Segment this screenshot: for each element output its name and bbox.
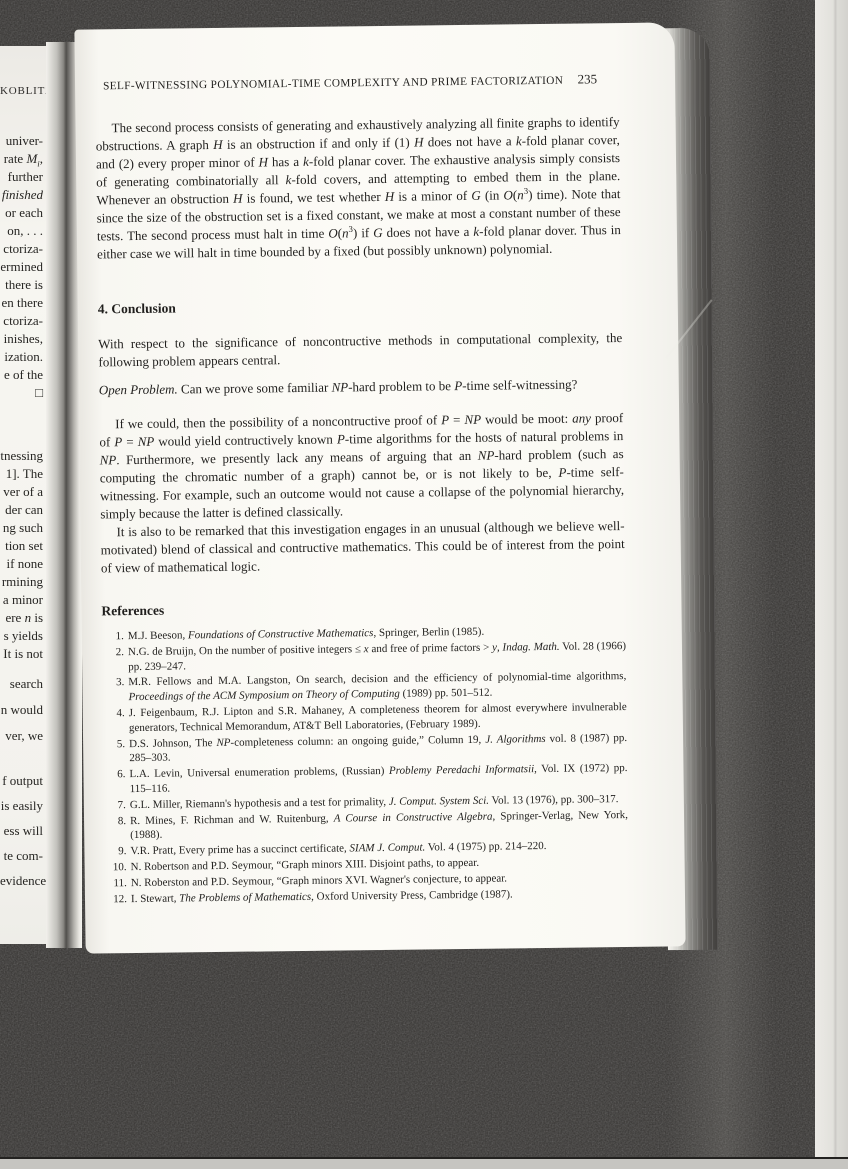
fragment-line: on, . . . [0,222,46,240]
facing-page-running-head: KOBLITZ [0,85,46,97]
book-page: SELF-WITNESSING POLYNOMIAL-TIME COMPLEXI… [74,22,685,953]
fragment-line: n would [0,697,46,723]
fragment-line: evidence [0,868,46,893]
fragment-line: ess will [0,818,46,843]
fragment-line: en there [0,294,46,312]
fragment-line: tion set [0,537,46,555]
scanner-edge-bottom [0,1157,848,1169]
section-heading-conclusion: 4. Conclusion [98,295,622,317]
fragment-line: ver, we [0,723,46,749]
running-title: SELF-WITNESSING POLYNOMIAL-TIME COMPLEXI… [103,75,563,93]
reference-text: M.J. Beeson, Foundations of Constructive… [128,626,485,642]
facing-page-fragments-top: univer-rate Mi,furtherfinishedor eachon,… [0,132,46,402]
fragment-line: rate Mi, [0,150,46,168]
references-list: 1. M.J. Beeson, Foundations of Construct… [102,623,629,907]
reference-number: 8. [106,814,126,829]
reference-number: 1. [104,629,124,644]
reference-number: 2. [104,645,124,660]
paragraph-second-process: The second process consists of generatin… [95,113,621,263]
fragment-line: e of the [0,366,46,384]
reference-text: N. Roberston and P.D. Seymour, “Graph mi… [131,872,507,889]
fragment-line: further [0,168,46,186]
fragment-line: ization. [0,348,46,366]
references-heading: References [101,597,625,619]
fragment-line: der can [0,501,46,519]
fragment-line: rmining [0,573,46,591]
reference-number: 12. [107,892,127,907]
reference-text: V.R. Pratt, Every prime has a succinct c… [130,840,546,857]
fragment-line: ctoriza- [0,240,46,258]
page-header: SELF-WITNESSING POLYNOMIAL-TIME COMPLEXI… [95,71,619,93]
fragment-line: finished [0,186,46,204]
reference-text: J. Feigenbaum, R.J. Lipton and S.R. Maha… [129,701,627,734]
paragraph-it-is-also: It is also to be remarked that this inve… [100,517,625,577]
fragment-line: ctoriza- [0,312,46,330]
reference-number: 6. [105,767,125,782]
fragment-line: te com- [0,843,46,868]
reference-text: I. Stewart, The Problems of Mathematics,… [131,888,513,905]
facing-page-fragments-middle: tnessing1]. Thever of ader canng suchtio… [0,447,46,663]
paragraph-with-respect: With respect to the significance of nonc… [98,329,622,371]
facing-page-fragments-lower: searchn wouldver, we [0,671,46,749]
reference-number: 4. [105,706,125,721]
fragment-line: tnessing [0,447,46,465]
reference-text: N.G. de Bruijn, On the number of positiv… [128,640,626,673]
reference-number: 11. [107,876,127,891]
fragment-line: inishes, [0,330,46,348]
fragment-line: ver of a [0,483,46,501]
fragment-line: It is not [0,645,46,663]
paragraph-if-we-could: If we could, then the possibility of a n… [99,409,624,523]
facing-page-fragments-bottom: f outputis easilyess willte com-evidence [0,768,46,893]
reference-number: 9. [106,844,126,859]
reference-text: M.R. Fellows and M.A. Langston, On searc… [128,670,626,703]
fragment-line: □ [0,384,46,402]
fragment-line: f output [0,768,46,793]
open-problem-statement: Open Problem. Can we prove some familiar… [99,375,623,399]
fragment-line: there is [0,276,46,294]
fragment-line: or each [0,204,46,222]
page-number: 235 [577,71,597,87]
reference-text: R. Mines, F. Richman and W. Ruitenburg, … [130,809,628,842]
reference-text: D.S. Johnson, The NP-completeness column… [129,732,627,765]
fragment-line: a minor [0,591,46,609]
scanner-edge-right [815,0,848,1169]
fragment-line: ere n is [0,609,46,627]
fragment-line: ermined [0,258,46,276]
reference-text: N. Robertson and P.D. Seymour, “Graph mi… [131,857,480,873]
fragment-line: is easily [0,793,46,818]
fragment-line: ng such [0,519,46,537]
fragment-line: if none [0,555,46,573]
scanned-book-photo: { "colors":{ "scan_dark":"#353230", "pag… [0,0,848,1169]
fragment-line: s yields [0,627,46,645]
reference-number: 3. [104,676,124,691]
fragment-line: univer- [0,132,46,150]
reference-number: 7. [106,798,126,813]
reference-number: 5. [105,737,125,752]
fragment-line: search [0,671,46,697]
reference-text: L.A. Levin, Universal enumeration proble… [129,762,627,795]
reference-number: 10. [107,860,127,875]
facing-page-strip: KOBLITZ univer-rate Mi,furtherfinishedor… [0,46,46,944]
fragment-line: 1]. The [0,465,46,483]
page-content: SELF-WITNESSING POLYNOMIAL-TIME COMPLEXI… [74,22,685,953]
